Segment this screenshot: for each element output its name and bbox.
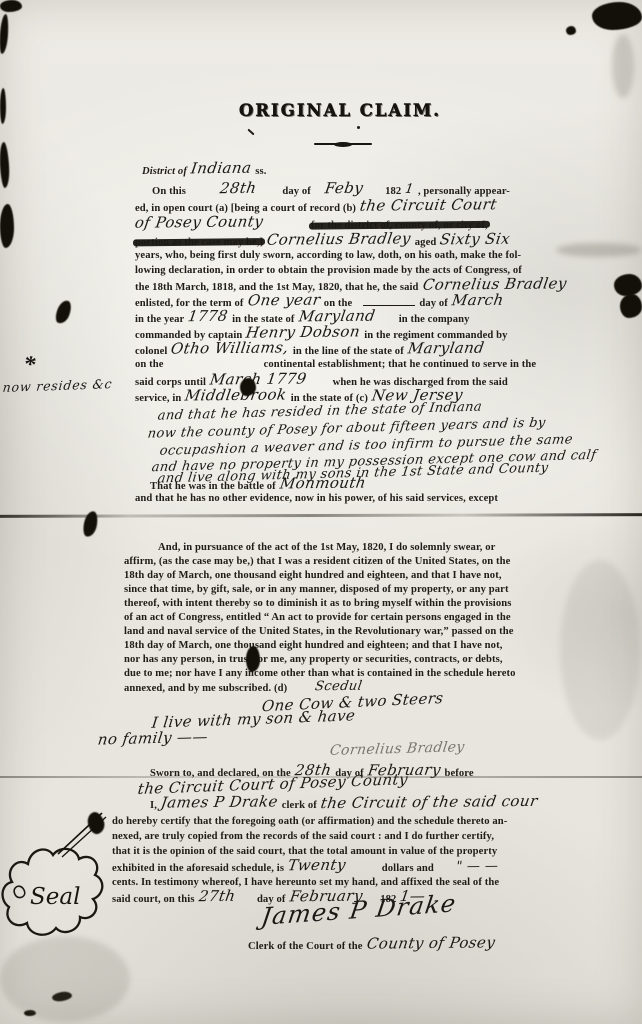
document-line: And, in pursuance of the act of the 1st …	[158, 541, 499, 554]
blank-line	[363, 298, 415, 306]
edge-mark	[0, 88, 6, 124]
printed-text: 18th day of March, one thousand eight hu…	[124, 570, 502, 581]
edge-mark	[0, 142, 10, 188]
stain	[556, 243, 642, 257]
printed-text: in the company	[399, 314, 470, 325]
ink-blot	[620, 294, 642, 318]
handwritten-text: County of Posey	[366, 936, 496, 950]
handwritten-text: of Posey County	[134, 215, 264, 229]
printed-text: due to me; nor have I any income other t…	[124, 668, 516, 679]
printed-text: nor has any person, in trust for me, any…	[124, 654, 503, 665]
document-line: years, who, being first duly sworn, acco…	[135, 249, 525, 262]
ink-blot	[0, 0, 22, 12]
printed-text: clerk of	[282, 800, 317, 811]
ink-blot	[614, 274, 642, 296]
printed-text: That he was in the battle of	[150, 481, 276, 492]
printed-text: in the year	[135, 314, 184, 325]
printed-text: On this	[152, 186, 186, 197]
printed-text: years, who, being first duly sworn, acco…	[135, 250, 521, 261]
printed-text: And, in pursuance of the act of the 1st …	[158, 542, 495, 553]
printed-text: land and naval service of the United Sta…	[124, 626, 514, 637]
document-line: on thecontinental establishment; that he…	[135, 358, 540, 371]
handwritten-text: the Circuit Court	[359, 198, 498, 212]
printed-text: 18th day of March, one thousand eight hu…	[124, 640, 502, 651]
document-line: affirm, (as the case may be,) that I was…	[124, 555, 514, 568]
printed-text: continental establishment; that he conti…	[264, 359, 537, 370]
document-line: since that time, by gift, sale, or in an…	[124, 583, 513, 596]
handwritten-text: March 1779	[209, 372, 308, 386]
handwritten-text: 1	[404, 183, 415, 196]
document-line: District ofIndianass.	[142, 163, 271, 178]
scanned-document-page: ORIGINAL CLAIM. District ofIndianass.On …	[0, 0, 642, 1024]
stain	[612, 34, 634, 98]
printed-text: affirm, (as the case may be,) that I was…	[124, 556, 510, 567]
handwritten-text: Otho Williams,	[170, 341, 289, 355]
document-line: Clerk of the Court of theCounty of Posey	[248, 938, 499, 953]
document-line: annexed, and by me subscribed. (d)Scedul	[124, 681, 366, 695]
printed-text: service, in	[135, 393, 181, 404]
printed-text: ss.	[255, 166, 266, 177]
document-line: land and naval service of the United Sta…	[124, 625, 518, 638]
handwritten-text: Maryland	[298, 310, 376, 324]
handwritten-text: " — —	[455, 860, 499, 873]
printed-text: on the	[135, 359, 164, 370]
document-line: no family ——	[98, 732, 212, 749]
handwritten-text: Feby	[324, 182, 364, 195]
handwritten-text: Scedul	[314, 680, 363, 693]
printed-text: day of	[282, 186, 311, 197]
document-line: 18th day of March, one thousand eight hu…	[124, 569, 506, 582]
document-line: of an act of Congress, entitled “ An act…	[124, 611, 515, 624]
seal-text: Seal	[30, 884, 80, 910]
ink-blot	[592, 2, 642, 30]
handwritten-text: 1778	[187, 310, 229, 323]
handwritten-text: 27th	[198, 890, 236, 903]
edge-mark	[0, 14, 9, 54]
printed-text: Clerk of the Court of the	[248, 941, 363, 952]
document-title: ORIGINAL CLAIM.	[239, 101, 441, 120]
document-line: That he was in the battle ofMonmouth	[150, 478, 370, 493]
handwritten-signature: James P Drake	[260, 897, 457, 924]
handwritten-text: Sixty Six	[439, 233, 511, 247]
document-line: exhibited in the aforesaid schedule, isT…	[112, 860, 502, 875]
document-line: do hereby certify that the foregoing oat…	[112, 815, 511, 828]
handwritten-text: Middlebrook	[184, 388, 287, 402]
printed-text: nexed, are truly copied from the records…	[112, 831, 494, 842]
handwritten-text: Indiana	[190, 162, 252, 176]
document-line: thereof, with intent thereby so to dimin…	[124, 597, 515, 610]
title-divider-ornament	[314, 141, 372, 147]
document-line: nexed, are truly copied from the records…	[112, 830, 498, 843]
printed-text: exhibited in the aforesaid schedule, is	[112, 863, 284, 874]
pen-tick	[247, 129, 254, 136]
printed-text: since that time, by gift, sale, or in an…	[124, 584, 509, 595]
stain	[0, 936, 130, 1022]
margin-asterisk: *	[22, 351, 38, 379]
seal-flourish	[14, 886, 25, 897]
handwritten-text: Cornelius Bradley	[421, 277, 567, 292]
document-line: and that he has no other evidence, now i…	[135, 492, 502, 505]
printed-text: day of	[419, 298, 448, 309]
ink-blot	[566, 26, 576, 35]
printed-text: and that he has no other evidence, now i…	[135, 493, 498, 504]
printed-text: annexed, and by me subscribed. (d)	[124, 683, 287, 694]
stain	[560, 560, 640, 740]
printed-text: thereof, with intent thereby so to dimin…	[124, 598, 511, 609]
handwritten-text: 28th	[219, 182, 257, 195]
printed-text: colonel	[135, 346, 167, 357]
document-line: nor has any person, in trust for me, any…	[124, 653, 507, 666]
document-line: I,James P Drakeclerk ofthe Circuit of th…	[150, 797, 541, 812]
printed-text: of an act of Congress, entitled “ An act…	[124, 612, 511, 623]
handwritten-text: Twenty	[287, 859, 347, 873]
fold-crease	[0, 776, 642, 778]
document-line: Cornelius Bradley	[330, 743, 469, 759]
edge-mark	[0, 204, 14, 248]
printed-text: District of	[142, 166, 187, 177]
handwritten-text: Cornelius Bradley	[266, 232, 412, 247]
handwritten-text: March	[451, 294, 505, 308]
margin-note: now resides &c	[2, 376, 113, 395]
handwritten-text: One year	[246, 294, 320, 308]
document-line: James P Drake	[262, 902, 460, 927]
document-line: 18th day of March, one thousand eight hu…	[124, 639, 506, 652]
handwritten-text: no family ——	[97, 730, 209, 746]
printed-text: aged	[415, 237, 437, 248]
printed-text: in the line of the state of	[293, 346, 404, 357]
handwritten-text: Henry Dobson	[245, 325, 361, 339]
printed-text: dollars and	[382, 863, 434, 874]
printed-text: do hereby certify that the foregoing oat…	[112, 816, 507, 827]
handwritten-text: Monmouth	[279, 477, 367, 491]
printed-text: I,	[150, 800, 157, 811]
document-line: portion as the case may be,]Cornelius Br…	[135, 234, 514, 249]
struck-text: portion as the case may be,]	[135, 237, 263, 248]
handwritten-text: the Circuit of the said cour	[320, 795, 539, 810]
pen-dot	[357, 126, 360, 129]
document-line: due to me; nor have I any income other t…	[124, 667, 520, 680]
handwritten-text: Maryland	[407, 342, 485, 356]
handwritten-text: I live with my son & have	[151, 709, 356, 730]
handwritten-signature: Cornelius Bradley	[329, 741, 465, 758]
handwritten-text: James P Drake	[160, 795, 279, 809]
ink-blot	[53, 299, 73, 326]
printed-text: said court, on this	[112, 894, 195, 905]
document-line: colonelOtho Williams,in the line of the …	[135, 343, 488, 358]
